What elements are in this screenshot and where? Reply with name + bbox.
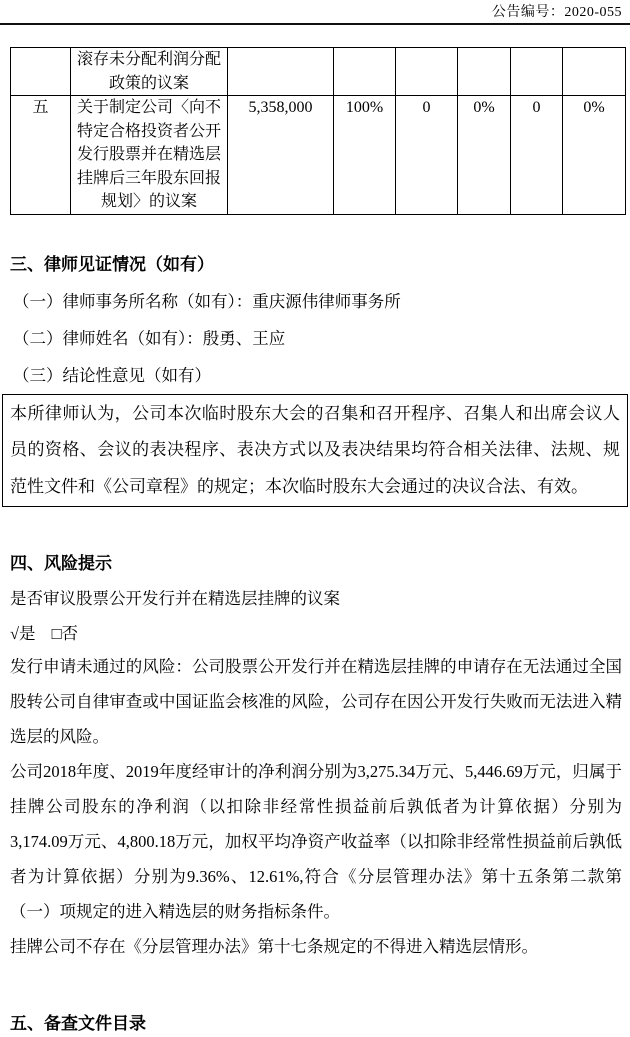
cell-abstain-shares <box>511 48 563 96</box>
checkbox-yes-checked: √是 <box>10 624 36 643</box>
cell-against-pct <box>458 48 511 96</box>
cell-agree-shares: 5,358,000 <box>228 96 334 215</box>
risk-paragraph-financials: 公司2018年度、2019年度经审计的净利润分别为3,275.34万元、5,44… <box>10 754 622 929</box>
cell-agree-pct <box>334 48 396 96</box>
lawyer-conclusion-item: （三）结论性意见（如有） <box>10 367 622 385</box>
section-lawyer-heading: 三、律师见证情况（如有） <box>10 255 622 274</box>
section-docs-heading: 五、备查文件目录 <box>10 1014 622 1033</box>
risk-paragraph-issuance: 发行申请未通过的风险：公司股票公开发行并在精选层挂牌的申请存在无法通过全国股转公… <box>10 649 622 754</box>
legal-opinion-box: 本所律师认为，公司本次临时股东大会的召集和召开程序、召集人和出席会议人员的资格、… <box>2 394 628 508</box>
table-row-proposal-5: 五 关于制定公司〈向不特定合格投资者公开发行股票并在精选层挂牌后三年股东回报规划… <box>11 96 626 215</box>
yes-no-check-line: √是□否 <box>10 624 622 643</box>
document-page: 公告编号：2020-055 滚存未分配利润分配政策的议案 五 关于制定公司〈向不… <box>0 0 630 1037</box>
section-risk-heading: 四、风险提示 <box>10 554 622 573</box>
checkbox-no-unchecked: □否 <box>52 624 78 643</box>
cell-abstain-pct <box>563 48 626 96</box>
risk-paragraph-eligibility: 挂牌公司不存在《分层管理办法》第十七条规定的不得进入精选层情形。 <box>10 929 622 964</box>
lawyer-names-item: （二）律师姓名（如有）：殷勇、王应 <box>10 330 622 348</box>
cell-against-shares: 0 <box>396 96 458 215</box>
cell-proposal: 滚存未分配利润分配政策的议案 <box>71 48 228 96</box>
header-rule <box>0 23 630 25</box>
lawyer-firm-item: （一）律师事务所名称（如有）：重庆源伟律师事务所 <box>10 293 622 311</box>
table-row-continued: 滚存未分配利润分配政策的议案 <box>11 48 626 96</box>
cell-abstain-pct: 0% <box>563 96 626 215</box>
risk-question: 是否审议股票公开发行并在精选层挂牌的议案 <box>10 590 622 608</box>
cell-against-shares <box>396 48 458 96</box>
cell-abstain-shares: 0 <box>511 96 563 215</box>
cell-agree-shares <box>228 48 334 96</box>
announcement-number: 公告编号：2020-055 <box>10 0 622 21</box>
cell-against-pct: 0% <box>458 96 511 215</box>
cell-index: 五 <box>11 96 71 215</box>
cell-agree-pct: 100% <box>334 96 396 215</box>
risk-paragraphs: 发行申请未通过的风险：公司股票公开发行并在精选层挂牌的申请存在无法通过全国股转公… <box>10 649 622 964</box>
cell-proposal: 关于制定公司〈向不特定合格投资者公开发行股票并在精选层挂牌后三年股东回报规划〉的… <box>71 96 228 215</box>
cell-index <box>11 48 71 96</box>
vote-result-table: 滚存未分配利润分配政策的议案 五 关于制定公司〈向不特定合格投资者公开发行股票并… <box>10 47 626 215</box>
